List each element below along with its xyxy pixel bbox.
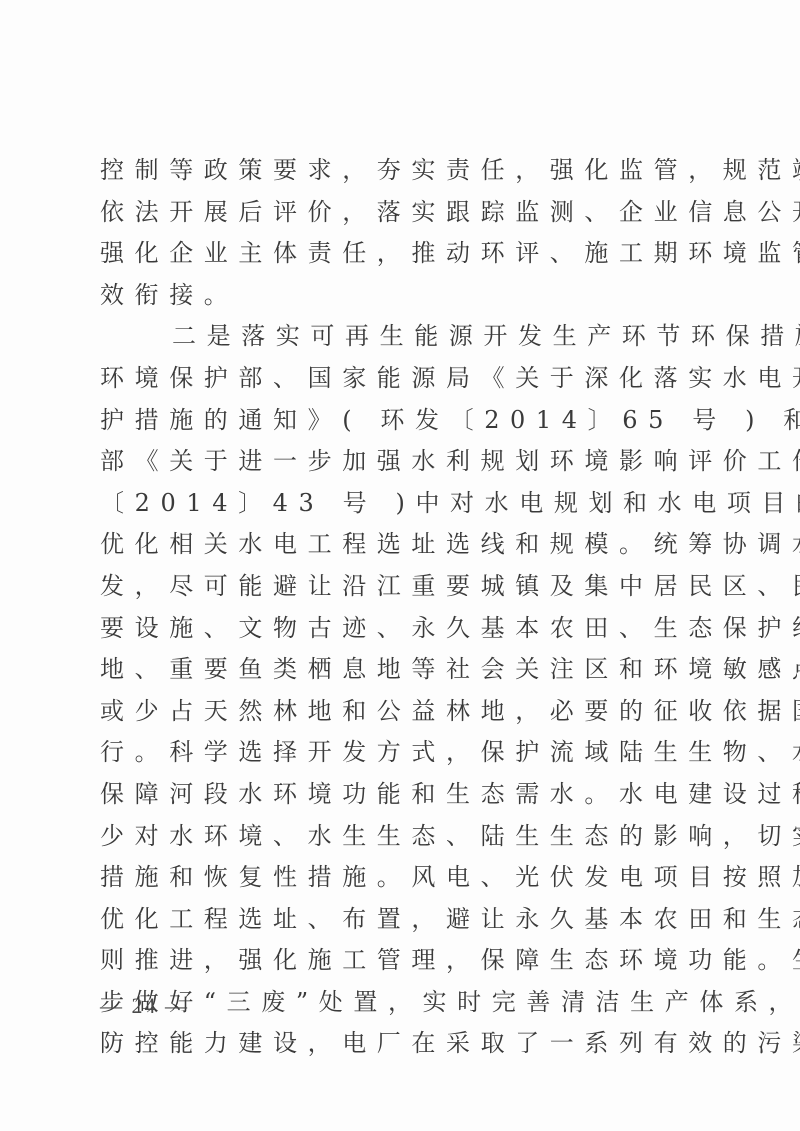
text-line: 发，尽可能避让沿江重要城镇及集中居民区、民族宗教文化重	[100, 566, 710, 608]
text-line: 少对水环境、水生生态、陆生生态的影响，切实落实影响消减	[100, 816, 710, 858]
text-line: 控制等政策要求，夯实责任，强化监管，规范竣工环保验收，	[100, 150, 710, 192]
text-line: 要设施、文物古迹、永久基本农田、生态保护红线、自然保护	[100, 608, 710, 650]
text-line: 防控能力建设，电厂在采取了一系列有效的污染治理措施后，	[100, 1023, 710, 1065]
text-line: 护措施的通知》( 环发〔2014〕65 号 ) 和原环境保护部、水利	[100, 400, 710, 442]
text-line: 则推进，强化施工管理，保障生态环境功能。生物质发电进一	[100, 940, 710, 982]
text-line: 步做好“三废”处置，实时完善清洁生产体系，并加强环境风险	[100, 982, 710, 1024]
text-line: 环境保护部、国家能源局《关于深化落实水电开发生态环境保	[100, 358, 710, 400]
text-line: 优化相关水电工程选址选线和规模。统筹协调水电综合利用开	[100, 524, 710, 566]
text-line: 地、重要鱼类栖息地等社会关注区和环境敏感点，尽可能不占	[100, 649, 710, 691]
body-text: 控制等政策要求，夯实责任，强化监管，规范竣工环保验收， 依法开展后评价，落实跟踪…	[100, 150, 710, 1065]
text-line: 部《关于进一步加强水利规划环境影响评价工作的通知》( 环发	[100, 441, 710, 483]
text-line: 强化企业主体责任，推动环评、施工期环境监管、后评价的有	[100, 233, 710, 275]
text-line: 行。科学选择开发方式，保护流域陆生生物、水生生物多样性，	[100, 732, 710, 774]
paragraph-start-line: 二是落实可再生能源开发生产环节环保措施。严格执行原	[100, 316, 710, 358]
text-line: 依法开展后评价，落实跟踪监测、企业信息公开等方面要求，	[100, 192, 710, 234]
document-page: 控制等政策要求，夯实责任，强化监管，规范竣工环保验收， 依法开展后评价，落实跟踪…	[0, 0, 800, 1131]
text-line: 优化工程选址、布置，避让永久基本农田和生态保护红线的原	[100, 899, 710, 941]
page-number: — 24 —	[100, 993, 189, 1019]
text-line: 〔2014〕43 号 )中对水电规划和水电项目的环境影响评价规定，	[100, 483, 710, 525]
text-line: 措施和恢复性措施。风电、光伏发电项目按照加强空间管控，	[100, 857, 710, 899]
text-line: 效衔接。	[100, 275, 710, 317]
text-line: 或少占天然林地和公益林地，必要的征收依据国家法律规定进	[100, 691, 710, 733]
text-line: 保障河段水环境功能和生态需水。水电建设过程尽量避免和减	[100, 774, 710, 816]
